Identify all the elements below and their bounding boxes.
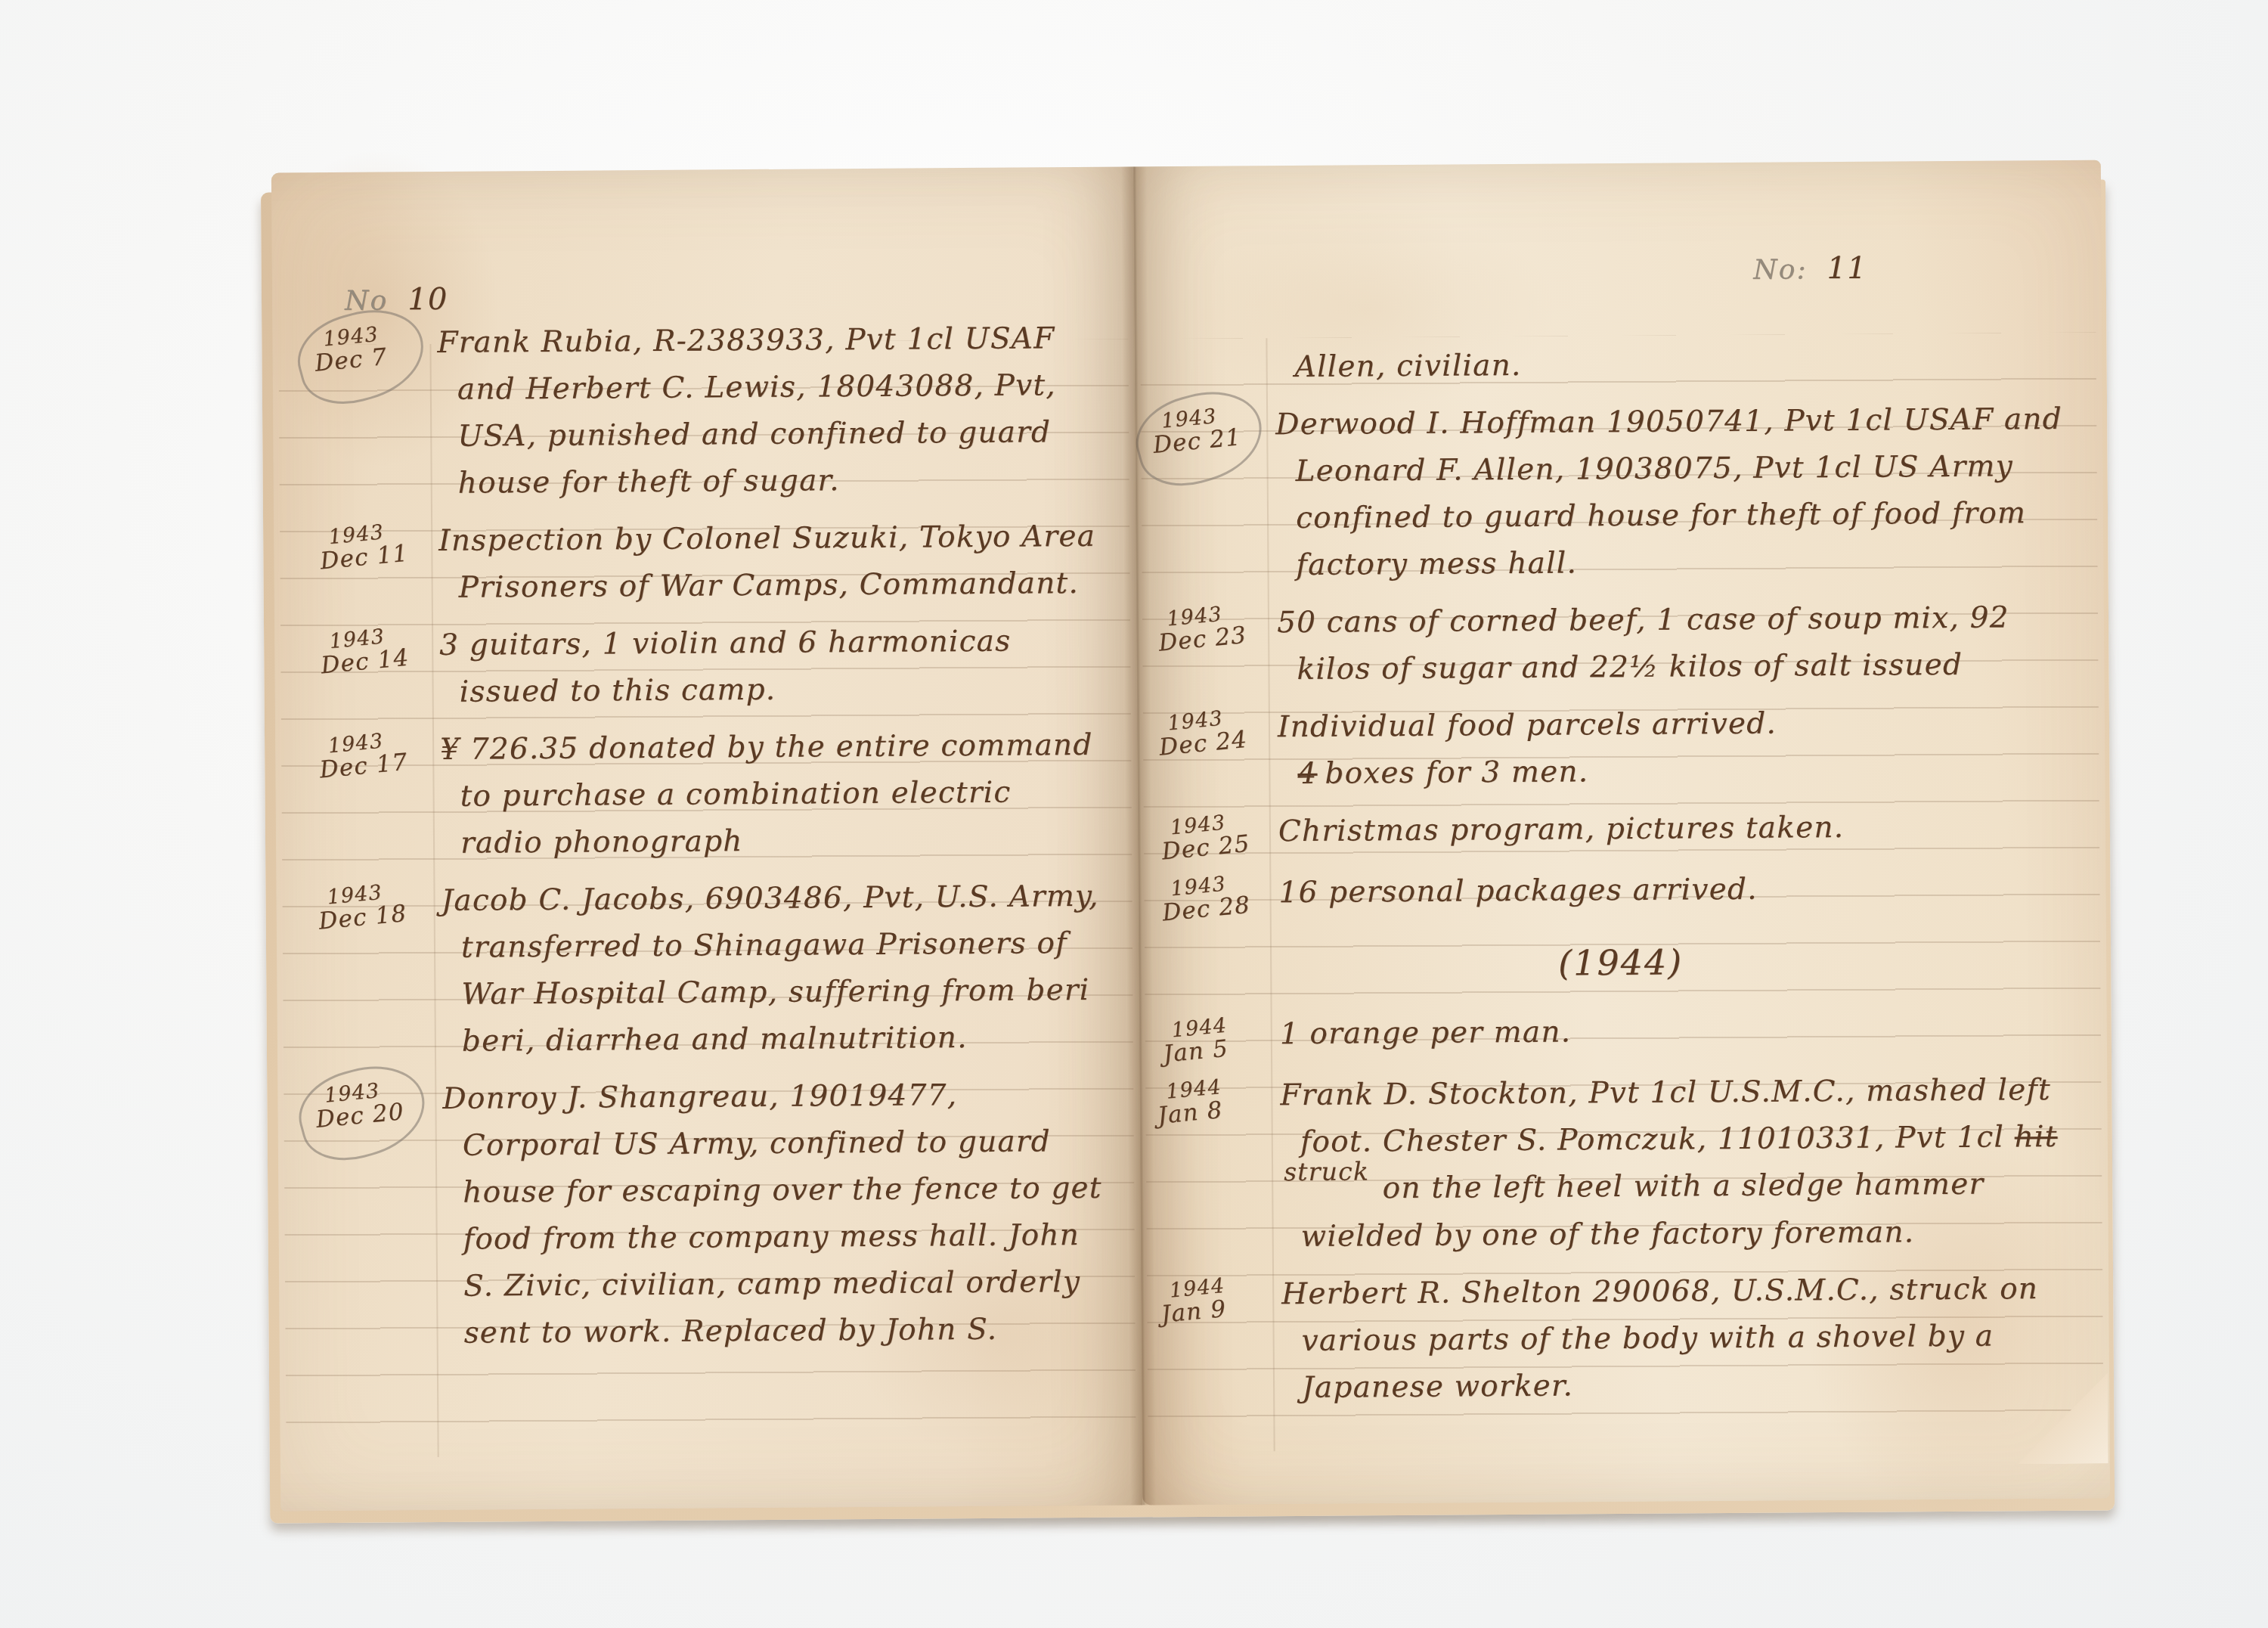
log-entry: 1943 Dec 18 Jacob C. Jacobs, 6903486, Pv… [323, 873, 1103, 1066]
entry-year: 1943 [322, 320, 425, 351]
entry-text: Derwood I. Hoffman 19050741, Pvt 1cl USA… [1269, 396, 2077, 589]
log-entry: 1943 Dec 28 16 personal packages arrived… [1160, 864, 2079, 921]
entry-text: 1 orange per man. [1274, 1006, 2081, 1062]
log-entry: 1943 Dec 14 3 guitars, 1 violin and 6 ha… [321, 618, 1101, 717]
entry-text: Individual food parcels arrived. 4boxes … [1272, 699, 2079, 798]
entry-text: Frank D. Stockton, Pvt 1cl U.S.M.C., mas… [1274, 1066, 2082, 1260]
entry-date: 1943 Dec 17 [316, 722, 441, 873]
log-entry: 1943 Dec 11 Inspection by Colonel Suzuki… [321, 513, 1100, 612]
log-entry: 1943 Dec 20 Donroy J. Shangreau, 1901947… [324, 1071, 1105, 1358]
right-page-entries: Allen, civilian. 1943 Dec 21 Derwood I. … [1157, 339, 2083, 1423]
right-page-number: No:11 [1753, 251, 1867, 287]
left-page-entries: 1943 Dec 7 Frank Rubia, R-2383933, Pvt 1… [319, 315, 1105, 1369]
entry-text: 50 cans of corned beef, 1 case of soup m… [1271, 594, 2078, 693]
entry-text-line2: boxes for 3 men. [1325, 755, 1588, 790]
year-heading-1944: (1944) [1161, 936, 2080, 989]
open-notebook: No10 1943 Dec 7 Frank Rubia, R-2383933, … [271, 160, 2110, 1512]
right-page: No:11 Allen, civilian. 1943 Dec 21 Derwo… [1133, 160, 2110, 1506]
entry-date: Dec 7 [314, 341, 427, 376]
entry-text-before: Frank D. Stockton, Pvt 1cl U.S.M.C., mas… [1280, 1073, 2051, 1159]
entry-text: Donroy J. Shangreau, 19019477, Corporal … [436, 1071, 1105, 1357]
entry-date-circled: 1943 Dec 21 [1150, 397, 1279, 594]
entry-text: Jacob C. Jacobs, 6903486, Pvt, U.S. Army… [435, 873, 1103, 1065]
entry-date: 1943 Dec 25 [1158, 804, 1275, 865]
log-entry: 1943 Dec 21 Derwood I. Hoffman 19050741,… [1157, 396, 2077, 590]
log-entry: 1944 Jan 5 1 orange per man. [1162, 1006, 2081, 1062]
log-entry: 1943 Dec 7 Frank Rubia, R-2383933, Pvt 1… [319, 315, 1099, 508]
entry-date: 1943 Dec 11 [317, 513, 437, 617]
log-entry: 1944 Jan 9 Herbert R. Shelton 290068, U.… [1163, 1265, 2083, 1412]
entry-date: 1943 Dec 18 [315, 873, 445, 1071]
page-number-value: 10 [407, 282, 448, 317]
log-entry: 1943 Dec 17 ¥ 726.35 donated by the enti… [322, 722, 1101, 868]
entry-date: 1944 Jan 8 [1154, 1068, 1284, 1266]
crossed-out-text: 4 [1297, 757, 1317, 791]
left-page: No10 1943 Dec 7 Frank Rubia, R-2383933, … [271, 167, 1142, 1512]
log-entry: 1943 Dec 24 Individual food parcels arri… [1160, 699, 2079, 798]
entry-text: Frank Rubia, R-2383933, Pvt 1cl USAF and… [431, 315, 1099, 507]
crossed-out-text: hit [2015, 1120, 2058, 1154]
photo-scene: No10 1943 Dec 7 Frank Rubia, R-2383933, … [0, 0, 2268, 1628]
entry-date: 1943 Dec 24 [1156, 699, 1276, 803]
log-entry: 1944 Jan 8 Frank D. Stockton, Pvt 1cl U.… [1162, 1066, 2082, 1261]
entry-date: Dec 20 [315, 1098, 429, 1133]
entry-date: 1944 Jan 9 [1157, 1267, 1282, 1417]
entry-text-after: on the left heel with a sledge hammer wi… [1301, 1167, 1984, 1253]
inserted-correction: struck [1303, 1148, 1369, 1195]
entry-year: 1943 [1160, 402, 1263, 433]
entry-text: ¥ 726.35 donated by the entire command t… [434, 722, 1101, 867]
entry-text: 3 guitars, 1 violin and 6 harmonicas iss… [433, 618, 1101, 716]
log-entry: 1943 Dec 23 50 cans of corned beef, 1 ca… [1159, 594, 2078, 694]
continuation-line: Allen, civilian. [1269, 339, 2075, 391]
entry-date: Dec 21 [1152, 423, 1266, 458]
entry-date-circled: 1943 Dec 20 [312, 1071, 450, 1362]
entry-text: Herbert R. Shelton 290068, U.S.M.C., str… [1275, 1265, 2083, 1411]
entry-date: 1944 Jan 5 [1160, 1006, 1276, 1068]
page-number-label: No: [1753, 254, 1808, 285]
entry-date: 1943 Dec 28 [1159, 865, 1275, 926]
entry-text-line1: Individual food parcels arrived. [1278, 707, 1777, 745]
entry-text: 16 personal packages arrived. [1272, 864, 2079, 920]
entry-text: Inspection by Colonel Suzuki, Tokyo Area… [432, 513, 1100, 612]
entry-text: Christmas program, pictures taken. [1272, 803, 2079, 859]
entry-date: 1943 Dec 23 [1155, 595, 1275, 699]
entry-date: 1943 Dec 14 [318, 618, 438, 721]
log-entry: 1943 Dec 25 Christmas program, pictures … [1160, 803, 2079, 860]
page-number-value: 11 [1826, 251, 1867, 286]
entry-date-circled: 1943 Dec 7 [311, 315, 441, 513]
entry-year: 1943 [324, 1076, 426, 1107]
